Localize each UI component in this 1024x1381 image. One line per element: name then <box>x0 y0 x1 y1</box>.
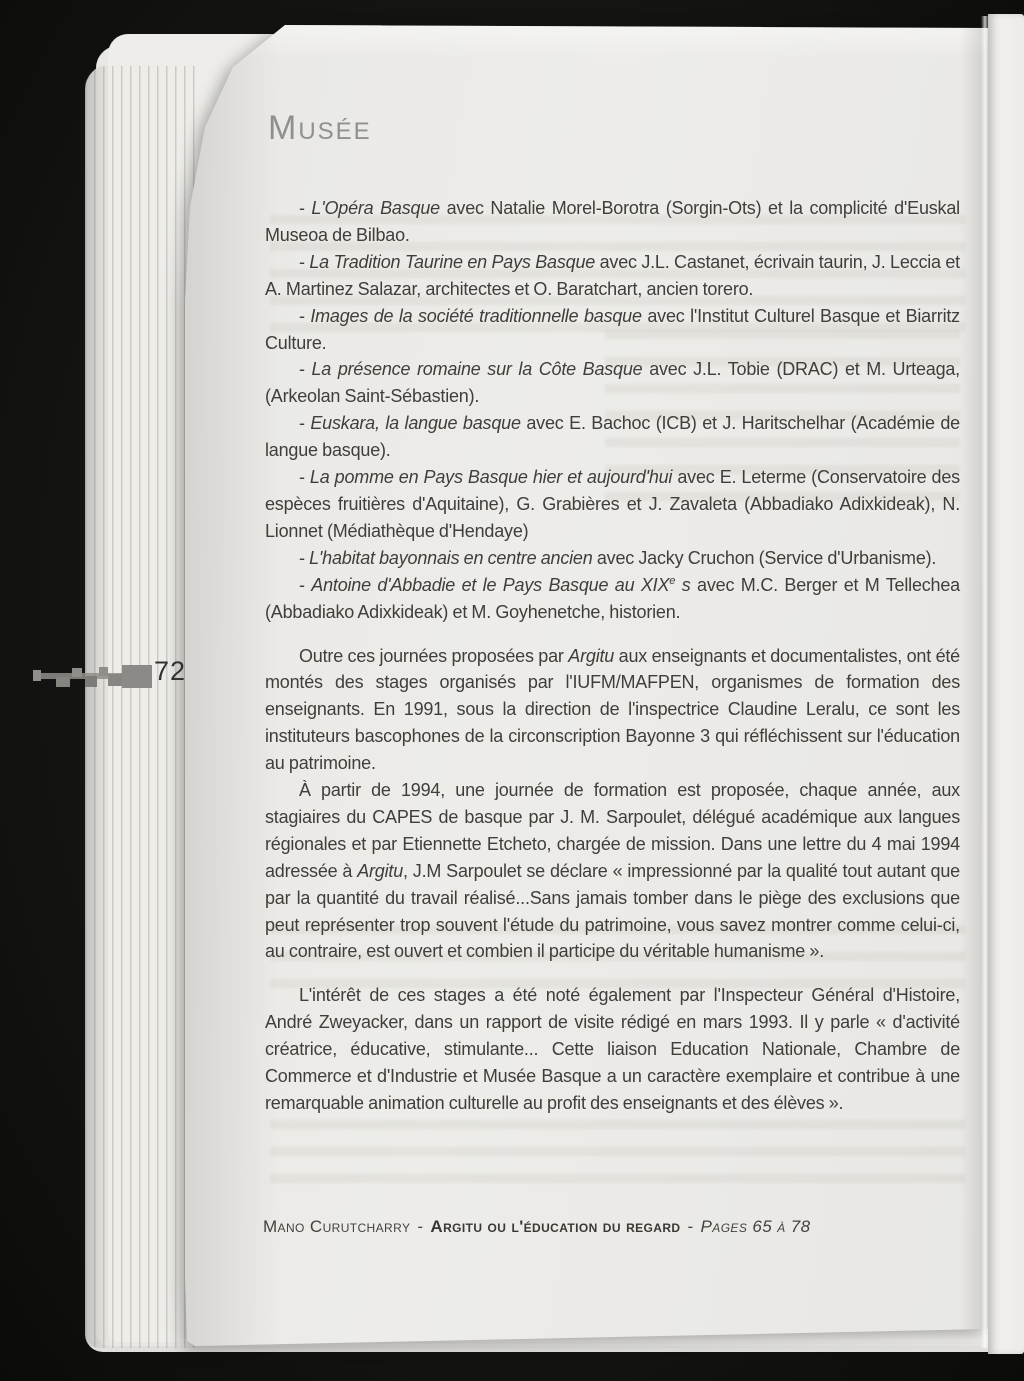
list-item: - La présence romaine sur la Côte Basque… <box>265 356 960 410</box>
main-page: Musée - L'Opéra Basque avec Natalie More… <box>185 25 988 1350</box>
list-item: - L'Opéra Basque avec Natalie Morel-Boro… <box>265 195 960 249</box>
showthrough-band <box>270 1120 965 1198</box>
marker-tab <box>122 665 152 688</box>
body-paragraph: L'intérêt de ces stages a été noté égale… <box>265 982 960 1117</box>
book-photo: Musée - L'Opéra Basque avec Natalie More… <box>0 0 1024 1381</box>
page-top-highlight <box>185 25 988 59</box>
marker-band <box>85 676 97 687</box>
footer-author: Mano Curutcharry <box>263 1217 410 1236</box>
body-paragraph: À partir de 1994, une journée de formati… <box>265 777 960 965</box>
marker-band <box>56 677 70 687</box>
margin-page-number: 72 <box>154 656 186 687</box>
facing-page-edge <box>988 14 1024 1354</box>
list-item: - L'habitat bayonnais en centre ancien a… <box>265 545 960 572</box>
body-paragraph: Outre ces journées proposées par Argitu … <box>265 643 960 778</box>
footer-separator: - <box>417 1217 423 1236</box>
main-page-shadow: Musée - L'Opéra Basque avec Natalie More… <box>185 25 988 1350</box>
page-edge-stripes <box>85 66 197 1348</box>
marker-band <box>33 670 41 681</box>
list-item: - Images de la société traditionnelle ba… <box>265 303 960 357</box>
footer-page-range: Pages 65 à 78 <box>701 1217 811 1236</box>
marker-band <box>72 668 82 677</box>
footer-separator: - <box>687 1217 693 1236</box>
list-item: - Euskara, la langue basque avec E. Bach… <box>265 410 960 464</box>
page-footer: Mano Curutcharry-Argitu ou l'éducation d… <box>263 1217 983 1237</box>
list-item: - Antoine d'Abbadie et le Pays Basque au… <box>265 572 960 626</box>
page-header: Musée <box>268 109 372 148</box>
marker-band <box>99 667 108 676</box>
list-item: - La pomme en Pays Basque hier et aujour… <box>265 464 960 545</box>
list-item: - La Tradition Taurine en Pays Basque av… <box>265 249 960 303</box>
footer-work-title: Argitu ou l'éducation du regard <box>430 1217 680 1236</box>
text-flow: - L'Opéra Basque avec Natalie Morel-Boro… <box>265 195 960 1117</box>
